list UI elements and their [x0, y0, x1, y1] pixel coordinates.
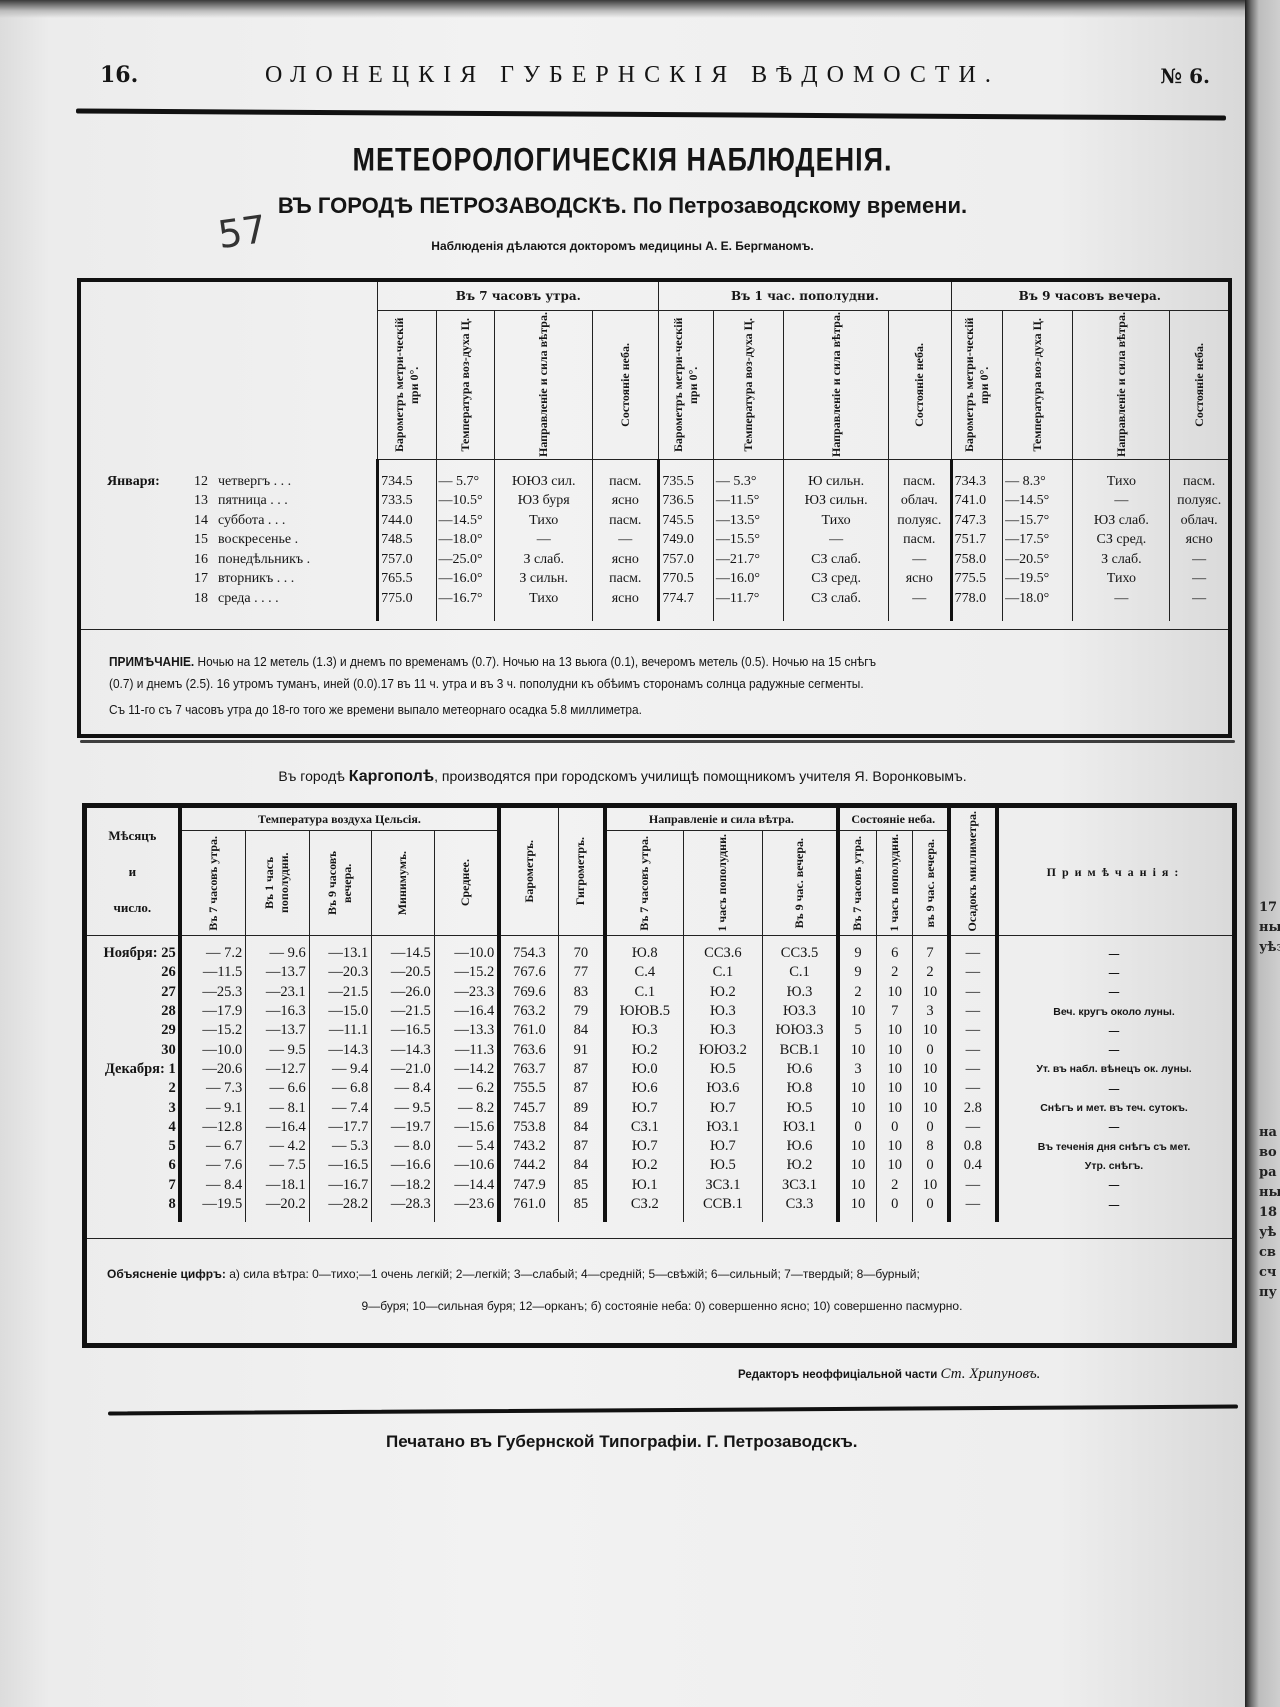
- pencil-annotation: 57: [215, 207, 269, 257]
- page-header: 16. ОЛОНЕЦКІЯ ГУБЕРНСКІЯ ВѢДОМОСТИ. № 6.: [100, 62, 1220, 102]
- label-header-blank: [81, 282, 378, 460]
- table-row: 5— 6.7— 4.2— 5.3— 8.0— 5.4743.287Ю.7Ю.7Ю…: [87, 1137, 1232, 1156]
- col-precipitation: Осадокъ миллиметра.: [949, 808, 997, 936]
- section-title: МЕТЕОРОЛОГИЧЕСКІЯ НАБЛЮДЕНІЯ.: [0, 142, 1245, 179]
- imprint-line: Печатано въ Губернской Типографіи. Г. Пе…: [386, 1432, 857, 1452]
- col-barometer-7: Барометръ метри-ческій при 0°.: [378, 311, 436, 460]
- petrozavodsk-table-frame: Въ 7 часовъ утра. Въ 1 час. пополудни. В…: [77, 278, 1232, 738]
- col-wind-7: Направленіе и сила вѣтра.: [495, 311, 593, 460]
- col-wind-1: 1 часъ пополудни.: [683, 831, 763, 936]
- editor-credit: Редакторъ неоффиціальной части Ст. Хрипу…: [738, 1366, 1040, 1383]
- col-wind-9: Въ 9 час. вечера.: [763, 831, 838, 936]
- col-sky-1: Состояніе неба.: [889, 311, 952, 460]
- col-wind-1: Направленіе и сила вѣтра.: [784, 311, 889, 460]
- col-sky-7: Въ 7 часовъ утра.: [838, 831, 877, 936]
- note-divider: [81, 629, 1228, 630]
- col-temp-7: Въ 7 часовъ утра.: [180, 831, 246, 936]
- page-number: 16.: [100, 62, 138, 88]
- group-header-wind: Направленіе и сила вѣтра.: [605, 808, 838, 831]
- col-barometer-9: Барометръ метри-ческій при 0°.: [951, 311, 1003, 460]
- table-row: 30—10.0— 9.5—14.3—14.3—11.3763.691Ю.2ЮЮЗ…: [87, 1040, 1232, 1059]
- section-subtitle: ВЪ ГОРОДѢ ПЕТРОЗАВОДСКѢ. По Петрозаводск…: [0, 193, 1245, 219]
- table1-bottom-shadow-rule: [80, 740, 1235, 743]
- group-header-7am: Въ 7 часовъ утра.: [378, 282, 659, 311]
- kargopol-table: Мѣсяцъичисло. Температура воздуха Цельсі…: [87, 808, 1232, 1222]
- col-barometer: Барометръ.: [499, 808, 558, 936]
- table-row: Января:12четвергъ . . . 734.5— 5.7°ЮЮЗ с…: [81, 472, 1228, 492]
- col-temp-9: Въ 9 часовъ вечера.: [309, 831, 371, 936]
- group-header-1pm: Въ 1 час. пополудни.: [659, 282, 951, 311]
- table-row: Декабря: 1—20.6—12.7— 9.4—21.0—14.2763.7…: [87, 1060, 1232, 1079]
- digits-legend: Объясненіе цифръ: а) сила вѣтра: 0—тихо;…: [107, 1263, 1217, 1317]
- kargopol-table-frame: Мѣсяцъичисло. Температура воздуха Цельсі…: [82, 803, 1237, 1348]
- table-row: Ноября: 25— 7.2— 9.6—13.1—14.5—10.0754.3…: [87, 944, 1232, 963]
- col-temp-1: Въ 1 часъ пополудни.: [246, 831, 309, 936]
- table-row: 27—25.3—23.1—21.5—26.0—23.3769.683С.1Ю.2…: [87, 983, 1232, 1002]
- table-row: 18среда . . . . 775.0—16.7°Тихоясно 774.…: [81, 589, 1228, 609]
- note-label: ПРИМѢЧАНІЕ.: [109, 655, 194, 669]
- legend-label: Объясненіе цифръ:: [107, 1267, 226, 1281]
- col-barometer-1: Барометръ метри-ческій при 0°.: [659, 311, 713, 460]
- col-temp-min: Минимумъ.: [372, 831, 434, 936]
- month-label: Января:: [81, 474, 194, 490]
- col-sky-1: 1 часъ пополудни.: [877, 831, 913, 936]
- group-header-9pm: Въ 9 часовъ вечера.: [951, 282, 1228, 311]
- col-month-day: Мѣсяцъичисло.: [87, 808, 180, 936]
- footer-rule: [108, 1405, 1238, 1416]
- col-temp-9: Температура воз-духа Ц.: [1003, 311, 1073, 460]
- table-row: 16понедѣльникъ . 757.0—25.0°З слаб.ясно …: [81, 550, 1228, 570]
- observer-line: Наблюденія дѣлаются докторомъ медицины А…: [0, 239, 1245, 253]
- petrozavodsk-note: ПРИМѢЧАНІЕ. Ночью на 12 метель (1.3) и д…: [109, 651, 1154, 721]
- petrozavodsk-table: Въ 7 часовъ утра. Въ 1 час. пополудни. В…: [81, 282, 1228, 621]
- table-row: 2— 7.3— 6.6— 6.8— 8.4— 6.2755.587Ю.6ЮЗ.6…: [87, 1079, 1232, 1098]
- table-row: 6— 7.6— 7.5—16.5—16.6—10.6744.284Ю.2Ю.5Ю…: [87, 1156, 1232, 1175]
- table-row: 7— 8.4—18.1—16.7—18.2—14.4747.985Ю.1ЗСЗ.…: [87, 1176, 1232, 1195]
- newspaper-page: 16. ОЛОНЕЦКІЯ ГУБЕРНСКІЯ ВѢДОМОСТИ. № 6.…: [0, 0, 1245, 1707]
- table-row: 13пятница . . . 733.5—10.5°ЮЗ буряясно 7…: [81, 492, 1228, 512]
- group-header-temperature: Температура воздуха Цельсія.: [180, 808, 499, 831]
- table-row: 29—15.2—13.7—11.1—16.5—13.3761.084Ю.3Ю.3…: [87, 1021, 1232, 1040]
- col-temp-7: Температура воз-духа Ц.: [436, 311, 495, 460]
- table-row: 3— 9.1— 8.1— 7.4— 9.5— 8.2745.789Ю.7Ю.7Ю…: [87, 1098, 1232, 1117]
- legend-divider: [87, 1238, 1232, 1239]
- col-notes: Примѣчанія:: [997, 808, 1232, 936]
- issue-number: № 6.: [1160, 64, 1210, 88]
- col-temp-1: Температура воз-духа Ц.: [713, 311, 783, 460]
- table-row: 8—19.5—20.2—28.2—28.3—23.6761.085СЗ.2ССВ…: [87, 1195, 1232, 1214]
- table-row: 17вторникъ . . . 765.5—16.0°З сильн.пасм…: [81, 570, 1228, 590]
- group-header-sky: Состояніе неба.: [838, 808, 949, 831]
- col-hygrometer: Гигрометръ.: [558, 808, 605, 936]
- col-temp-avg: Среднее.: [434, 831, 499, 936]
- table-row: 26—11.5—13.7—20.3—20.5—15.2767.677С.4С.1…: [87, 963, 1232, 982]
- col-sky-9: Состояніе неба.: [1170, 311, 1228, 460]
- col-wind-7: Въ 7 часовъ утра.: [605, 831, 683, 936]
- table-row: 28—17.9—16.3—15.0—21.5—16.4763.279ЮЮВ.5Ю…: [87, 1002, 1232, 1021]
- kargopol-caption: Въ городѣ Каргополѣ, производятся при го…: [0, 768, 1245, 786]
- adjacent-page-edge: 17 ны уѣз на во ра ны 18 уѣ св сч пу: [1245, 0, 1280, 1707]
- header-rule: [76, 108, 1226, 120]
- table-row: 4—12.8—16.4—17.7—19.7—15.6753.884СЗ.1ЮЗ.…: [87, 1118, 1232, 1137]
- col-sky-9: въ 9 час. вечера.: [913, 831, 949, 936]
- newspaper-title: ОЛОНЕЦКІЯ ГУБЕРНСКІЯ ВѢДОМОСТИ.: [265, 62, 1000, 89]
- col-wind-9: Направленіе и сила вѣтра.: [1073, 311, 1170, 460]
- scan-edge-shadow: [0, 0, 1245, 18]
- col-sky-7: Состояніе неба.: [593, 311, 659, 460]
- table-row: 14суббота . . . 744.0—14.5°Тихопасм. 745…: [81, 511, 1228, 531]
- table-row: 15воскресенье . 748.5—18.0°—— 749.0—15.5…: [81, 531, 1228, 551]
